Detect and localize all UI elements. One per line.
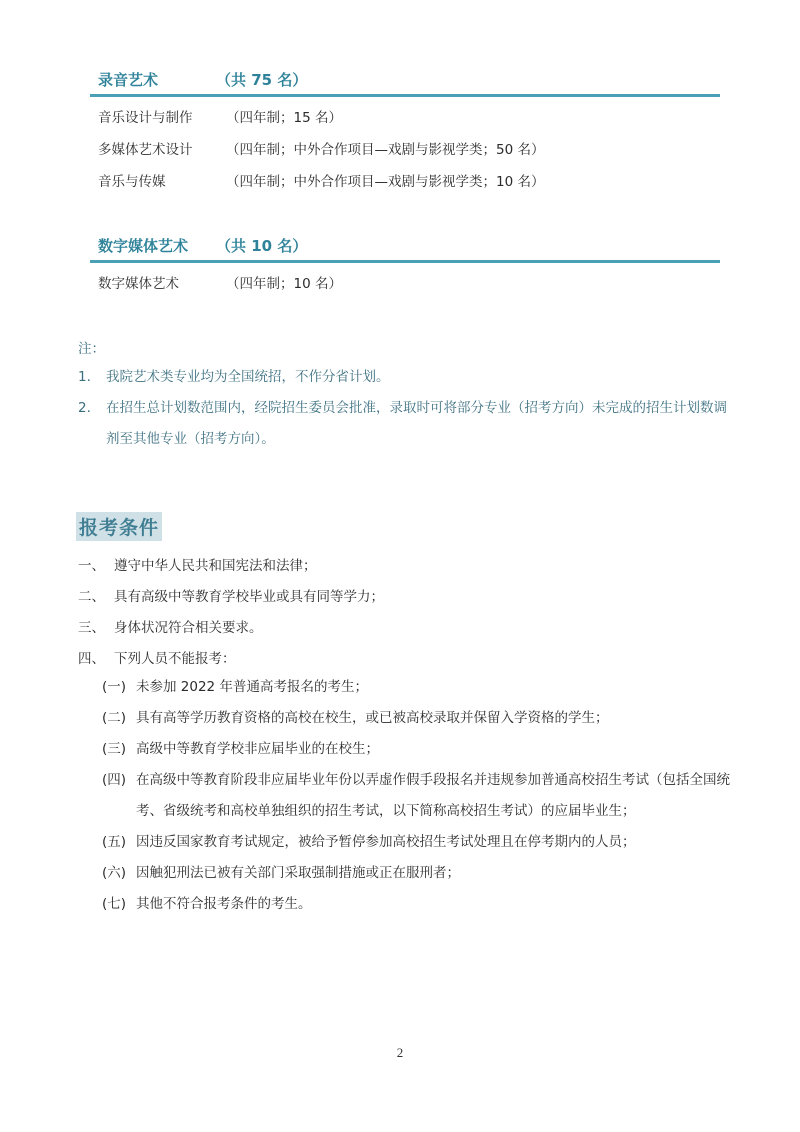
section-recording-art: 录音艺术 （共 75 名） 音乐设计与制作 （四年制；15 名） 多媒体艺术设计… (90, 64, 720, 196)
requirement-number: 三、 (78, 616, 114, 636)
ineligible-item: (六) 因触犯刑法已被有关部门采取强制措施或正在服刑者； (102, 858, 738, 889)
section-digital-media-art: 数字媒体艺术 （共 10 名） 数字媒体艺术 （四年制；10 名） (90, 230, 720, 298)
requirement-text: 遵守中华人民共和国宪法和法律； (114, 554, 317, 574)
notes: 注： 1. 我院艺术类专业均为全国统招，不作分省计划。 2. 在招生总计划数范围… (78, 336, 738, 455)
ineligible-item: (二) 具有高等学历教育资格的高校在校生，或已被高校录取并保留入学资格的学生； (102, 703, 738, 734)
ineligible-text: 未参加 2022 年普通高考报名的考生； (136, 672, 738, 703)
ineligible-number: (四) (102, 765, 136, 827)
ineligible-text: 因违反国家教育考试规定，被给予暂停参加高校招生考试处理且在停考期内的人员； (136, 827, 738, 858)
ineligible-text: 高级中等教育学校非应届毕业的在校生； (136, 734, 738, 765)
ineligible-text: 其他不符合报考条件的考生。 (136, 889, 738, 920)
requirement-text: 具有高级中等教育学校毕业或具有同等学力； (114, 585, 384, 605)
ineligible-number: (二) (102, 703, 136, 734)
major-detail: （四年制；10 名） (226, 272, 342, 292)
major-detail: （四年制；中外合作项目—戏剧与影视学类；50 名） (226, 138, 544, 158)
major-row: 音乐与传媒 （四年制；中外合作项目—戏剧与影视学类；10 名） (90, 164, 720, 196)
requirement-number: 一、 (78, 554, 114, 574)
major-detail: （四年制；中外合作项目—戏剧与影视学类；10 名） (226, 170, 544, 190)
major-row: 多媒体艺术设计 （四年制；中外合作项目—戏剧与影视学类；50 名） (90, 132, 720, 164)
requirement-item: 三、 身体状况符合相关要求。 (78, 610, 738, 641)
note-number: 2. (78, 393, 106, 455)
ineligible-number: (三) (102, 734, 136, 765)
ineligible-text: 在高级中等教育阶段非应届毕业年份以弄虚作假手段报名并违规参加普通高校招生考试（包… (136, 765, 738, 827)
requirement-item: 四、 下列人员不能报考： (78, 641, 738, 672)
requirement-text: 下列人员不能报考： (114, 647, 236, 667)
major-detail: （四年制；15 名） (226, 106, 342, 126)
requirement-number: 四、 (78, 647, 114, 667)
ineligible-item: (五) 因违反国家教育考试规定，被给予暂停参加高校招生考试处理且在停考期内的人员… (102, 827, 738, 858)
page-number: 2 (0, 1045, 800, 1061)
note-text: 在招生总计划数范围内，经院招生委员会批准，录取时可将部分专业（招考方向）未完成的… (106, 393, 738, 455)
requirement-text: 身体状况符合相关要求。 (114, 616, 263, 636)
section-header: 数字媒体艺术 （共 10 名） (90, 230, 720, 263)
requirement-item: 一、 遵守中华人民共和国宪法和法律； (78, 548, 738, 579)
ineligible-item: (三) 高级中等教育学校非应届毕业的在校生； (102, 734, 738, 765)
ineligible-number: (五) (102, 827, 136, 858)
ineligible-list: (一) 未参加 2022 年普通高考报名的考生； (二) 具有高等学历教育资格的… (102, 672, 738, 920)
major-name: 数字媒体艺术 (98, 272, 226, 292)
major-name: 音乐与传媒 (98, 170, 226, 190)
requirement-number: 二、 (78, 585, 114, 605)
ineligible-item: (四) 在高级中等教育阶段非应届毕业年份以弄虚作假手段报名并违规参加普通高校招生… (102, 765, 738, 827)
major-row: 音乐设计与制作 （四年制；15 名） (90, 100, 720, 132)
section-header: 录音艺术 （共 75 名） (90, 64, 720, 97)
section-title: 录音艺术 (98, 69, 216, 94)
requirements-title: 报考条件 (76, 512, 162, 541)
ineligible-text: 因触犯刑法已被有关部门采取强制措施或正在服刑者； (136, 858, 738, 889)
ineligible-text: 具有高等学历教育资格的高校在校生，或已被高校录取并保留入学资格的学生； (136, 703, 738, 734)
major-name: 多媒体艺术设计 (98, 138, 226, 158)
section-total: （共 10 名） (216, 235, 307, 260)
note-text: 我院艺术类专业均为全国统招，不作分省计划。 (106, 362, 738, 393)
requirements-list: 一、 遵守中华人民共和国宪法和法律； 二、 具有高级中等教育学校毕业或具有同等学… (78, 548, 738, 920)
ineligible-item: (七) 其他不符合报考条件的考生。 (102, 889, 738, 920)
section-title: 数字媒体艺术 (98, 235, 216, 260)
notes-label: 注： (78, 336, 738, 362)
note-number: 1. (78, 362, 106, 393)
ineligible-number: (七) (102, 889, 136, 920)
note-item: 1. 我院艺术类专业均为全国统招，不作分省计划。 (78, 362, 738, 393)
ineligible-number: (一) (102, 672, 136, 703)
ineligible-number: (六) (102, 858, 136, 889)
note-item: 2. 在招生总计划数范围内，经院招生委员会批准，录取时可将部分专业（招考方向）未… (78, 393, 738, 455)
ineligible-item: (一) 未参加 2022 年普通高考报名的考生； (102, 672, 738, 703)
section-total: （共 75 名） (216, 69, 307, 94)
major-name: 音乐设计与制作 (98, 106, 226, 126)
requirement-item: 二、 具有高级中等教育学校毕业或具有同等学力； (78, 579, 738, 610)
major-row: 数字媒体艺术 （四年制；10 名） (90, 266, 720, 298)
